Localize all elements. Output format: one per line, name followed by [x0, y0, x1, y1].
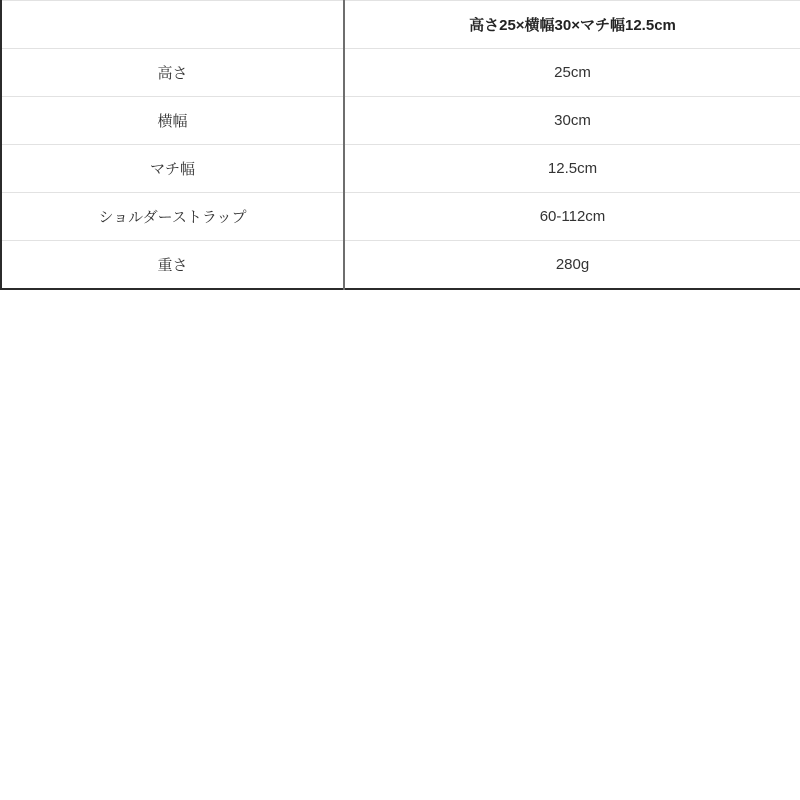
spec-row-weight: 重さ 280g [1, 241, 800, 289]
spec-label: 重さ [1, 241, 344, 289]
spec-row-gusset: マチ幅 12.5cm [1, 145, 800, 193]
spec-label: マチ幅 [1, 145, 344, 193]
spec-label: ショルダーストラップ [1, 193, 344, 241]
page: 高さ25×横幅30×マチ幅12.5cm 高さ 25cm 横幅 30cm マチ幅 … [0, 0, 800, 800]
spec-value: 60-112cm [344, 193, 800, 241]
spec-value: 30cm [344, 97, 800, 145]
spec-value: 25cm [344, 49, 800, 97]
spec-value: 280g [344, 241, 800, 289]
spec-header-dimensions: 高さ25×横幅30×マチ幅12.5cm [344, 1, 800, 49]
spec-label: 横幅 [1, 97, 344, 145]
spec-row-width: 横幅 30cm [1, 97, 800, 145]
spec-header-row: 高さ25×横幅30×マチ幅12.5cm [1, 1, 800, 49]
spec-label: 高さ [1, 49, 344, 97]
product-spec-table: 高さ25×横幅30×マチ幅12.5cm 高さ 25cm 横幅 30cm マチ幅 … [0, 0, 800, 290]
spec-value: 12.5cm [344, 145, 800, 193]
spec-row-height: 高さ 25cm [1, 49, 800, 97]
spec-header-empty-cell [1, 1, 344, 49]
spec-row-shoulder-strap: ショルダーストラップ 60-112cm [1, 193, 800, 241]
